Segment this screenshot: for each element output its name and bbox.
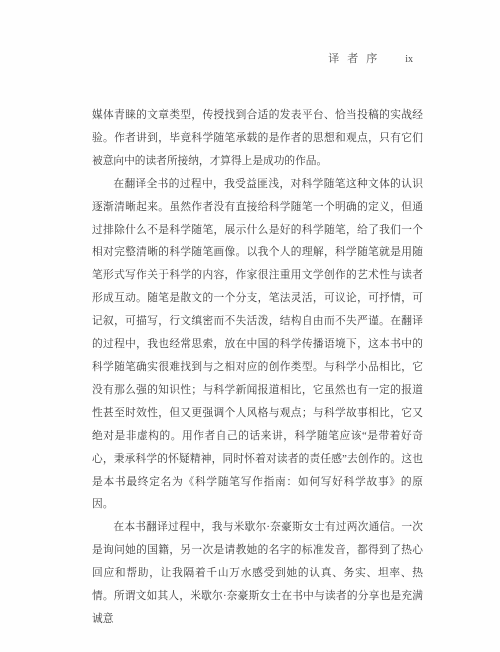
running-header: 译者序 ix [92, 50, 423, 66]
paragraph: 媒体青睐的文章类型，传授找到合适的发表平台、恰当投稿的实战经验。作者讲到，毕竟科… [92, 104, 423, 173]
paragraph: 在翻译全书的过程中，我受益匪浅，对科学随笔这种文体的认识逐渐清晰起来。虽然作者没… [92, 173, 423, 517]
page-number: ix [405, 54, 413, 65]
book-page: 译者序 ix 媒体青睐的文章类型，传授找到合适的发表平台、恰当投稿的实战经验。作… [0, 0, 500, 652]
chapter-title: 译者序 [328, 50, 385, 66]
paragraph: 在本书翻译过程中，我与米歇尔·奈豪斯女士有过两次通信。一次是询问她的国籍，另一次… [92, 516, 423, 631]
body-text: 媒体青睐的文章类型，传授找到合适的发表平台、恰当投稿的实战经验。作者讲到，毕竟科… [92, 104, 423, 631]
